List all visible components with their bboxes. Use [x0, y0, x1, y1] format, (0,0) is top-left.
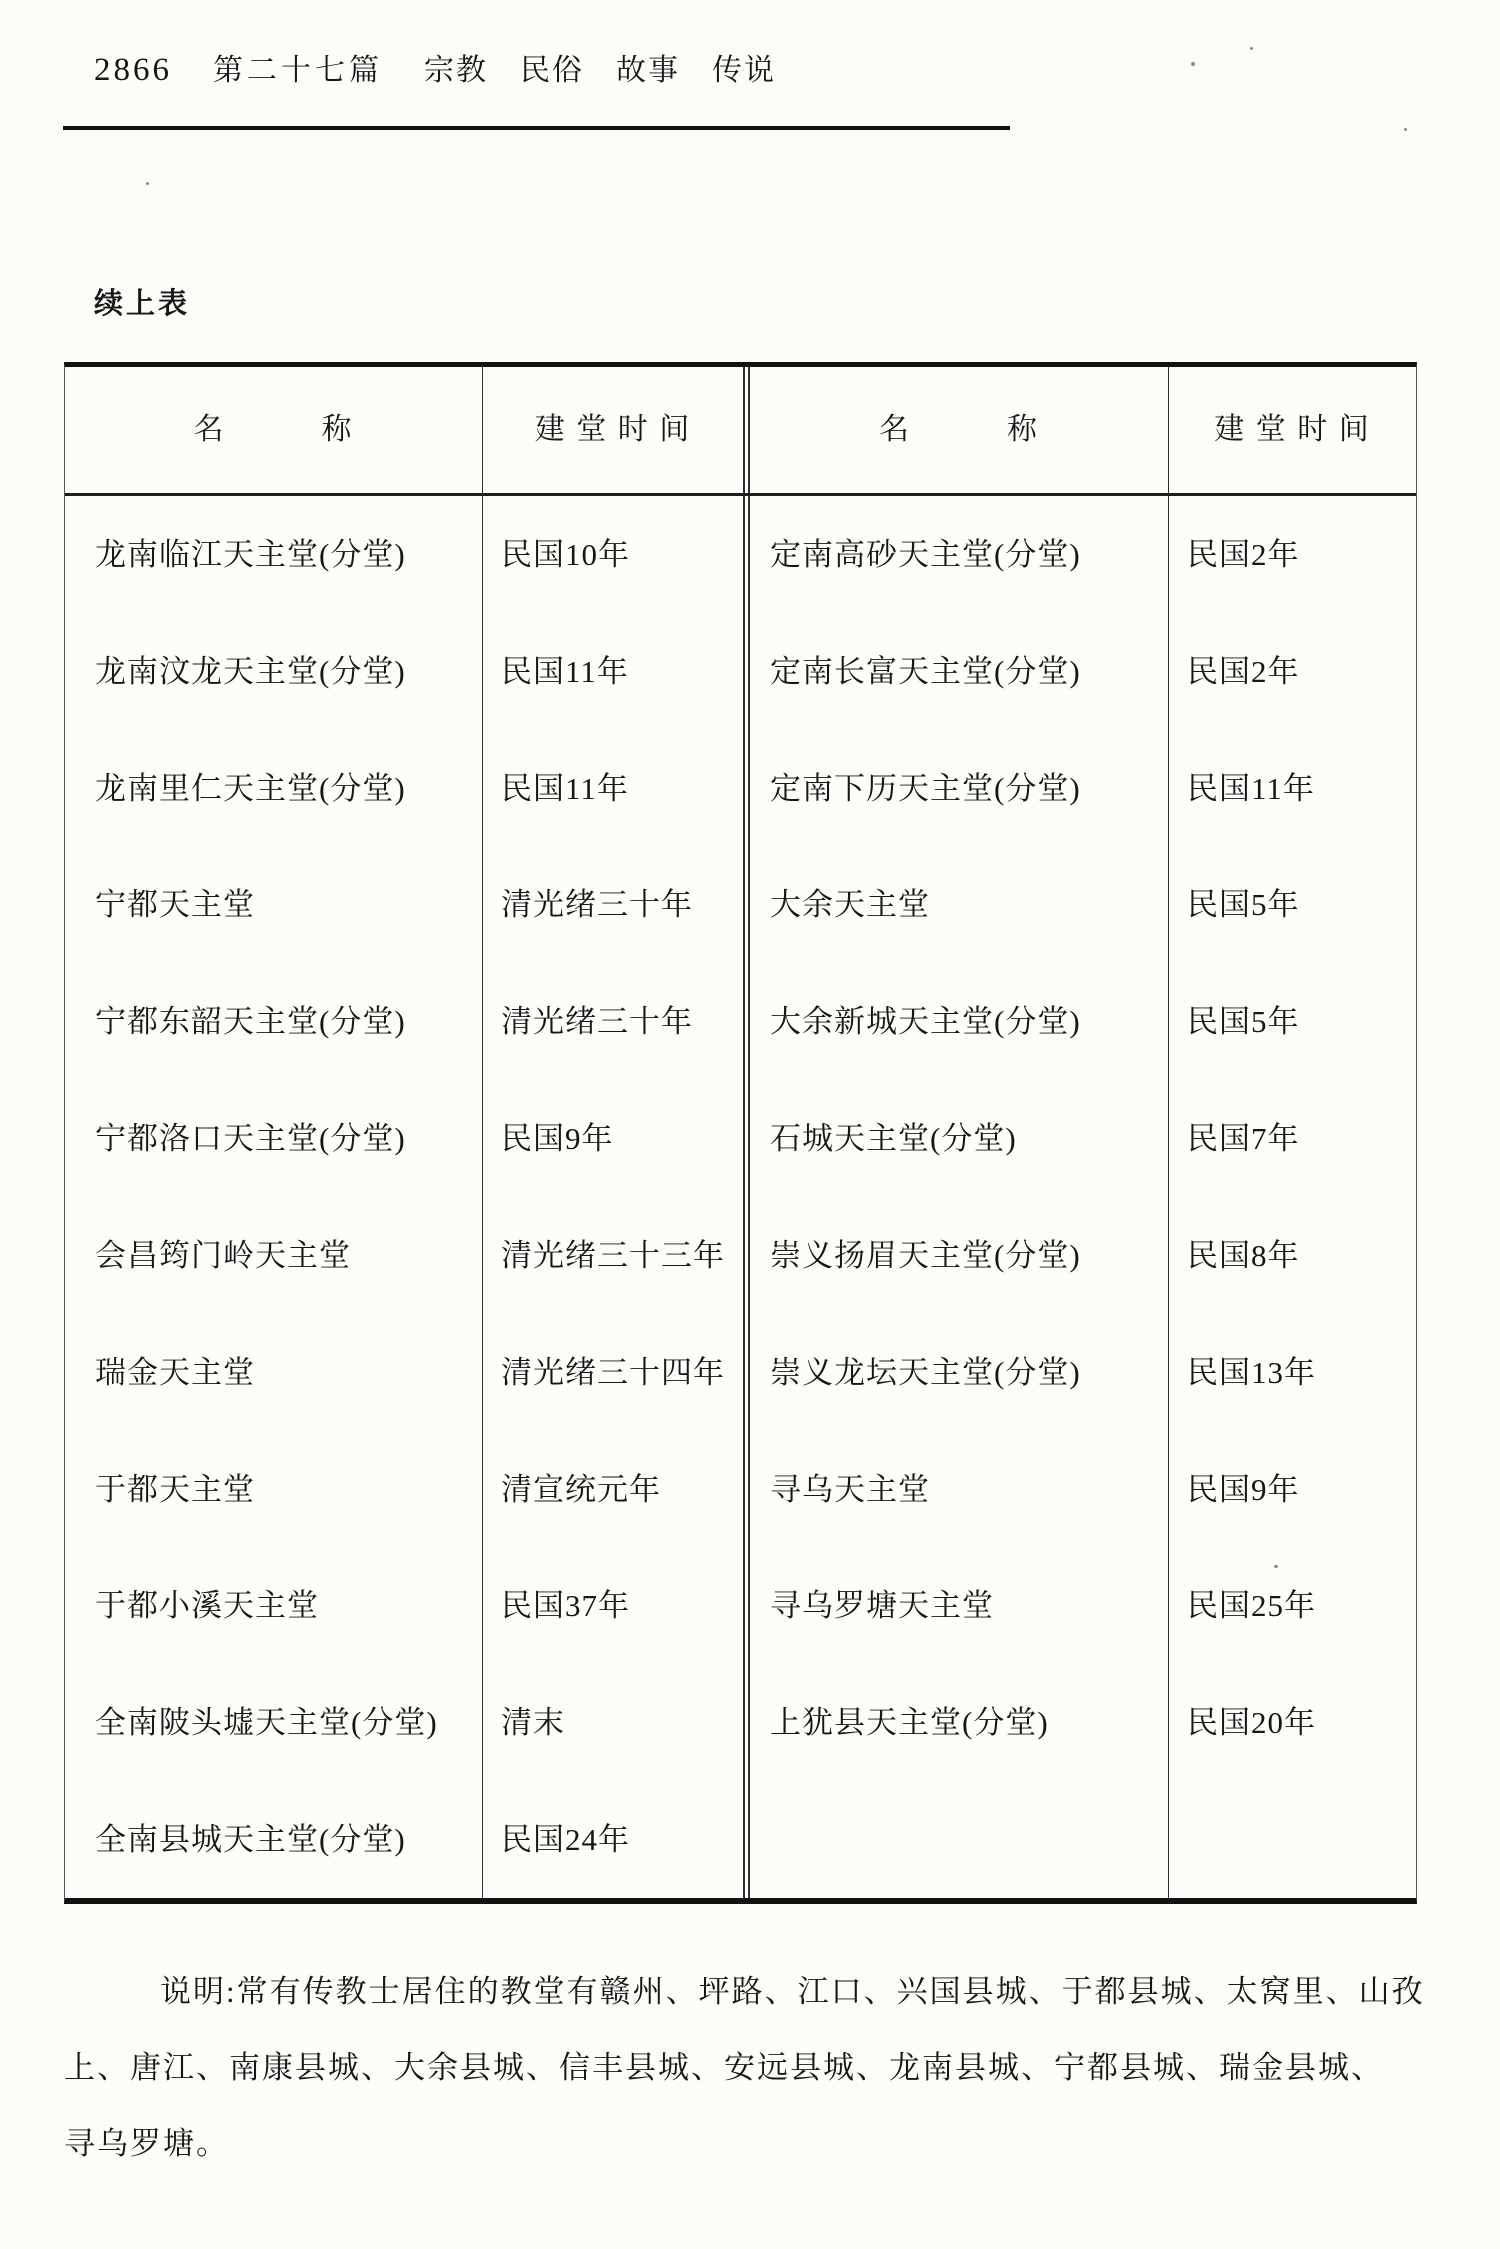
cell-build-time: 清光绪三十年: [483, 963, 750, 1080]
cell-church-name: 定南长富天主堂(分堂): [750, 613, 1169, 730]
table-body: 龙南临江天主堂(分堂)民国10年定南高砂天主堂(分堂)民国2年龙南汶龙天主堂(分…: [65, 496, 1416, 1898]
cell-build-time: 民国7年: [1169, 1080, 1416, 1197]
cell-church-name: 定南高砂天主堂(分堂): [750, 496, 1169, 613]
cell-build-time: 民国9年: [1169, 1431, 1416, 1548]
cell-build-time: 民国24年: [483, 1781, 750, 1898]
cell-build-time: 清宣统元年: [483, 1431, 750, 1548]
cell-build-time: 民国10年: [483, 496, 750, 613]
cell-build-time: 民国13年: [1169, 1314, 1416, 1431]
header-rule: [63, 126, 1010, 130]
cell-church-name: [750, 1781, 1169, 1898]
cell-church-name: 寻乌罗塘天主堂: [750, 1548, 1169, 1665]
cell-build-time: 民国5年: [1169, 963, 1416, 1080]
cell-church-name: 于都小溪天主堂: [65, 1548, 483, 1665]
cell-build-time: 民国2年: [1169, 496, 1416, 613]
scan-speck: [146, 182, 149, 185]
scan-speck: [1274, 1565, 1278, 1568]
cell-church-name: 瑞金天主堂: [65, 1314, 483, 1431]
header-cell-time-left: 建 堂 时 间: [483, 367, 750, 493]
cell-build-time: 清光绪三十年: [483, 847, 750, 964]
cell-church-name: 龙南汶龙天主堂(分堂): [65, 613, 483, 730]
cell-church-name: 崇义扬眉天主堂(分堂): [750, 1197, 1169, 1314]
note-line-3: 寻乌罗塘。: [64, 2124, 1448, 2164]
note-line-1: 说明:常有传教士居住的教堂有赣州、坪路、江口、兴国县城、于都县城、太窝里、山孜: [64, 1972, 1500, 2012]
note-line-2: 上、唐江、南康县城、大余县城、信丰县城、安远县城、龙南县城、宁都县城、瑞金县城、: [64, 2048, 1448, 2088]
cell-build-time: 民国20年: [1169, 1664, 1416, 1781]
page-number: 2866: [94, 54, 172, 87]
scan-speck: [1250, 47, 1253, 50]
cell-build-time: 民国8年: [1169, 1197, 1416, 1314]
cell-church-name: 寻乌天主堂: [750, 1431, 1169, 1548]
cell-build-time: 民国9年: [483, 1080, 750, 1197]
cell-church-name: 于都天主堂: [65, 1431, 483, 1548]
section-title: 宗教 民俗 故事 传说: [424, 56, 776, 86]
church-table: 名 称 建 堂 时 间 名 称 建 堂 时 间 龙南临江天主堂(分堂)民国10年…: [64, 362, 1417, 1904]
cell-church-name: 大余新城天主堂(分堂): [750, 963, 1169, 1080]
cell-build-time: [1169, 1781, 1416, 1898]
chapter-title: 第二十七篇: [213, 56, 383, 86]
cell-build-time: 民国5年: [1169, 847, 1416, 964]
cell-build-time: 清光绪三十三年: [483, 1197, 750, 1314]
cell-build-time: 清末: [483, 1664, 750, 1781]
cell-church-name: 宁都洛口天主堂(分堂): [65, 1080, 483, 1197]
cell-church-name: 全南陂头墟天主堂(分堂): [65, 1664, 483, 1781]
cell-church-name: 石城天主堂(分堂): [750, 1080, 1169, 1197]
scan-speck: [1404, 128, 1407, 131]
cell-build-time: 民国11年: [1169, 730, 1416, 847]
cell-church-name: 龙南临江天主堂(分堂): [65, 496, 483, 613]
cell-church-name: 上犹县天主堂(分堂): [750, 1664, 1169, 1781]
cell-church-name: 全南县城天主堂(分堂): [65, 1781, 483, 1898]
table-caption: 续上表: [94, 290, 190, 319]
cell-church-name: 崇义龙坛天主堂(分堂): [750, 1314, 1169, 1431]
cell-church-name: 大余天主堂: [750, 847, 1169, 964]
cell-church-name: 定南下历天主堂(分堂): [750, 730, 1169, 847]
cell-build-time: 民国11年: [483, 613, 750, 730]
table-header-row: 名 称 建 堂 时 间 名 称 建 堂 时 间: [65, 367, 1416, 496]
cell-build-time: 民国25年: [1169, 1548, 1416, 1665]
cell-build-time: 民国2年: [1169, 613, 1416, 730]
cell-build-time: 清光绪三十四年: [483, 1314, 750, 1431]
header-cell-time-right: 建 堂 时 间: [1169, 367, 1416, 493]
cell-build-time: 民国37年: [483, 1548, 750, 1665]
cell-church-name: 宁都天主堂: [65, 847, 483, 964]
cell-church-name: 宁都东韶天主堂(分堂): [65, 963, 483, 1080]
cell-church-name: 龙南里仁天主堂(分堂): [65, 730, 483, 847]
header-cell-name-right: 名 称: [750, 367, 1169, 493]
scanned-book-page: { "header": { "page_number": "2866", "ch…: [0, 0, 1500, 2249]
scan-speck: [1191, 62, 1195, 66]
cell-church-name: 会昌筠门岭天主堂: [65, 1197, 483, 1314]
header-cell-name-left: 名 称: [65, 367, 483, 493]
cell-build-time: 民国11年: [483, 730, 750, 847]
